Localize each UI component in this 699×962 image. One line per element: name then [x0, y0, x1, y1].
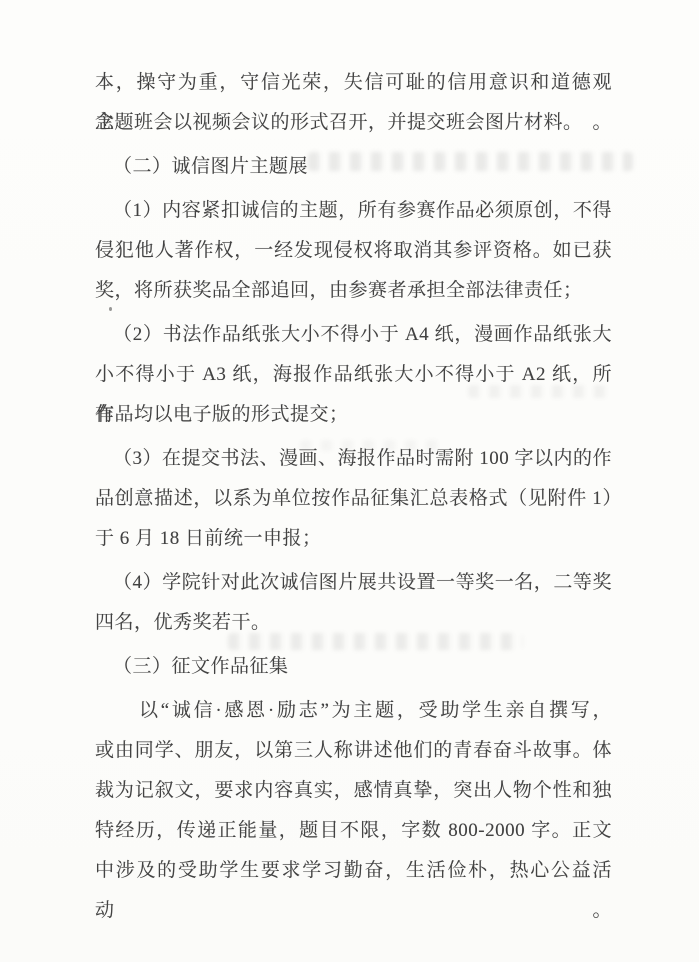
text-line: 主题班会以视频会议的形式召开，并提交班会图片材料。 — [95, 103, 612, 143]
text-line: （4）学院针对此次诚信图片展共设置一等奖一名，二等奖 — [95, 563, 612, 603]
text-line: 小不得小于 A3 纸，海报作品纸张大小不得小于 A2 纸，所有 — [95, 355, 612, 395]
text-line: （3）在提交书法、漫画、海报作品时需附 100 字以内的作 — [95, 439, 612, 479]
text-line: 本，操守为重，守信光荣，失信可耻的信用意识和道德观念。 — [95, 63, 612, 103]
notice-body: 本，操守为重，守信光荣，失信可耻的信用意识和道德观念。 主题班会以视频会议的形式… — [95, 63, 612, 891]
text-line: 品创意描述，以系为单位按作品征集汇总表格式（见附件 1） — [95, 479, 622, 519]
section-heading: （二）诚信图片主题展 — [95, 147, 612, 187]
text-line: 以“诚信·感恩·励志”为主题，受助学生亲自撰写， — [95, 691, 612, 731]
scanned-notice-page: 本，操守为重，守信光荣，失信可耻的信用意识和道德观念。 主题班会以视频会议的形式… — [0, 0, 699, 962]
text-line: （2）书法作品纸张大小不得小于 A4 纸，漫画作品纸张大 — [95, 315, 612, 355]
text-line: 奖，将所获奖品全部追回，由参赛者承担全部法律责任； — [95, 271, 612, 311]
section-heading: （三）征文作品征集 — [95, 647, 612, 687]
text-line: 裁为记叙文，要求内容真实，感情真挚，突出人物个性和独 — [95, 771, 612, 811]
text-line: 四名，优秀奖若干。 — [95, 603, 612, 643]
text-line: 特经历，传递正能量，题目不限，字数 800-2000 字。正文 — [95, 811, 612, 851]
text-line: 于 6 月 18 日前统一申报； — [95, 519, 612, 559]
text-line: 中涉及的受助学生要求学习勤奋，生活俭朴，热心公益活动。 — [95, 851, 612, 891]
text-line: （1）内容紧扣诚信的主题，所有参赛作品必须原创，不得 — [95, 191, 612, 231]
text-line: 侵犯他人著作权，一经发现侵权将取消其参评资格。如已获 — [95, 231, 612, 271]
text-line: 作品均以电子版的形式提交； — [95, 395, 612, 435]
text-line: 或由同学、朋友，以第三人称讲述他们的青春奋斗故事。体 — [95, 731, 612, 771]
